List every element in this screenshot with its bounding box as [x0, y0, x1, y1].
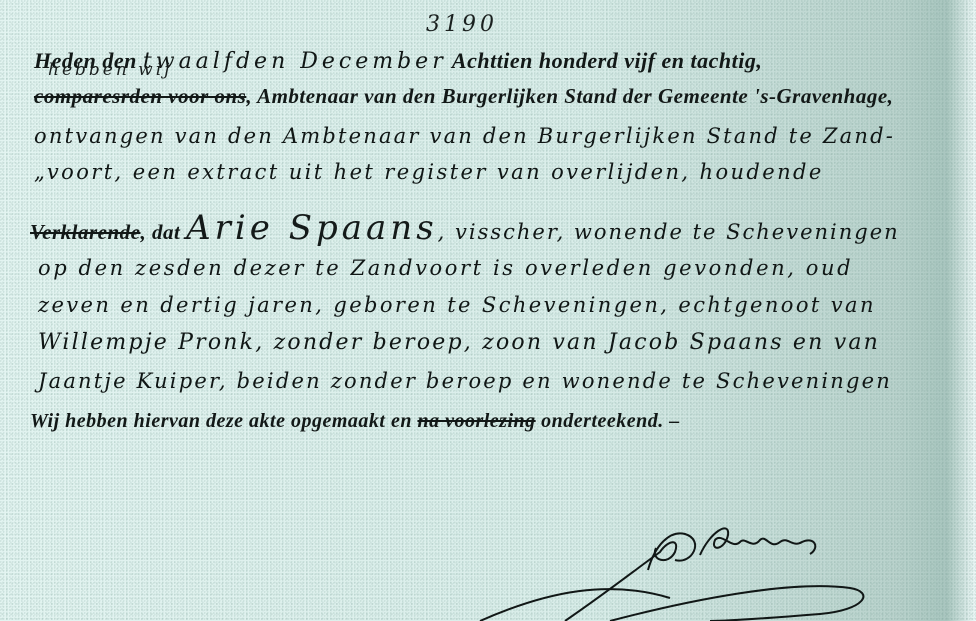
line-text: onderteekend. – [536, 410, 680, 432]
inserted-text: hebben wij [48, 60, 172, 80]
struck-text: comparesrden voor ons [34, 84, 246, 108]
document-line-7: zeven en dertig jaren, geboren te Scheve… [38, 293, 876, 317]
document-line-2: comparesrden voor ons, Ambtenaar van den… [34, 84, 893, 109]
date-handwritten: twaalfden December [143, 49, 447, 74]
record-number: 3190 [426, 12, 498, 37]
document-line-10: Wij hebben hiervan deze akte opgemaakt e… [30, 408, 680, 433]
line-text: Wij hebben hiervan deze akte opgemaakt e… [30, 410, 417, 432]
struck-text: Verklarende [30, 220, 141, 244]
document-line-3: ontvangen van den Ambtenaar van den Burg… [34, 124, 895, 148]
line-text: , dat [141, 220, 187, 244]
signature-mark [470, 510, 890, 621]
document-line-6: op den zesden dezer te Zandvoort is over… [38, 256, 853, 280]
document-line-5: Verklarende, dat Arie Spaans, visscher, … [30, 208, 900, 248]
deceased-name: Arie Spaans [186, 208, 438, 248]
document-line-9: Jaantje Kuiper, beiden zonder beroep en … [38, 369, 892, 393]
struck-text: na voorlezing [417, 410, 535, 432]
document-line-4: „voort, een extract uit het register van… [34, 160, 824, 184]
document-line-8: Willempje Pronk, zonder beroep, zoon van… [38, 330, 880, 355]
year-text: Achttien honderd vijf en tachtig, [447, 48, 763, 73]
document-page: 3190 Heden den twaalfden December Achtti… [0, 0, 976, 621]
line-text: , visscher, wonende te Scheveningen [438, 220, 900, 244]
line-text: , Ambtenaar van den Burgerlijken Stand d… [246, 84, 893, 108]
